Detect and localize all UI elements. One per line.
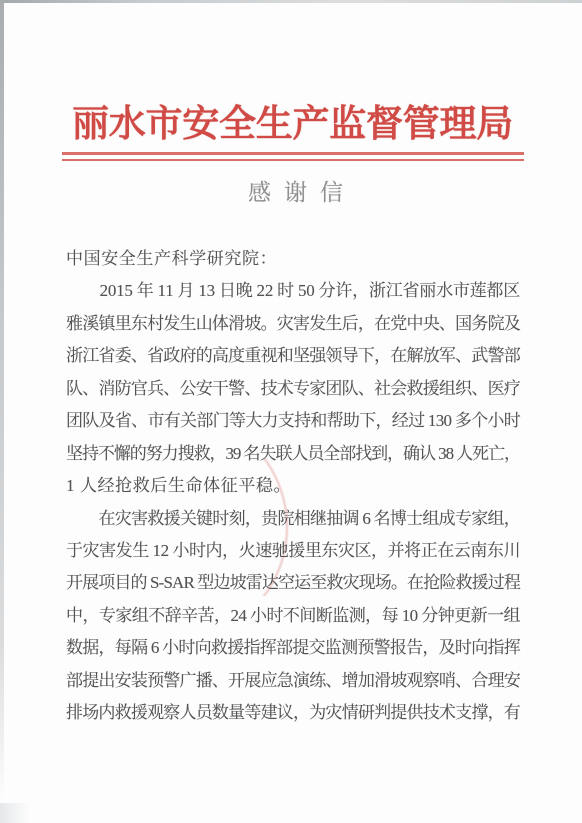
body-line: 数据，每隔 6 小时向救援指挥部提交监测预警报告，及时向指挥 (66, 632, 520, 664)
body-line: 1 人经抢救后生命体征平稳。 (66, 470, 520, 502)
body-line: 排场内救援观察人员数量等建议，为灾情研判提供技术支撑，有 (66, 697, 520, 729)
scan-corner-bottom-left (0, 803, 30, 823)
salutation-line: 中国安全生产科学研究院： (66, 243, 520, 275)
scanned-letter-page: 丽水市安全生产监督管理局 感谢信 中国安全生产科学研究院： 2015 年 11 … (0, 0, 582, 823)
body-line: 于灾害发生 12 小时内，火速驰援里东灾区，并将正在云南东川 (66, 535, 520, 567)
letterhead-double-rule (62, 152, 524, 161)
body-line: 雅溪镇里东村发生山体滑坡。灾害发生后，在党中央、国务院及 (66, 308, 520, 340)
body-line: 队、消防官兵、公安干警、技术专家团队、社会救援组织、医疗 (66, 373, 520, 405)
body-line: 部提出安装预警广播、开展应急演练、增加滑坡观察哨、合理安 (66, 665, 520, 697)
letter-title: 感谢信 (0, 178, 582, 208)
body-line: 中，专家组不辞辛苦，24 小时不间断监测，每 10 分钟更新一组 (66, 600, 520, 632)
body-line: 坚持不懈的努力搜救，39 名失联人员全部找到，确认 38 人死亡， (66, 438, 520, 470)
scan-edge-top (0, 0, 582, 3)
scan-edge-left (0, 0, 4, 800)
letter-body: 中国安全生产科学研究院： 2015 年 11 月 13 日晚 22 时 50 分… (66, 243, 520, 730)
letterhead-title: 丽水市安全生产监督管理局 (72, 101, 513, 149)
body-line: 在灾害救援关键时刻，贵院相继抽调 6 名博士组成专家组， (66, 503, 520, 535)
body-line: 开展项目的 S-SAR 型边坡雷达空运至救灾现场。在抢险救援过程 (66, 567, 520, 599)
body-line: 团队及省、市有关部门等大力支持和帮助下，经过 130 多个小时 (66, 405, 520, 437)
body-line: 浙江省委、省政府的高度重视和坚强领导下，在解放军、武警部 (66, 340, 520, 372)
body-line: 2015 年 11 月 13 日晚 22 时 50 分许，浙江省丽水市莲都区 (66, 275, 520, 307)
